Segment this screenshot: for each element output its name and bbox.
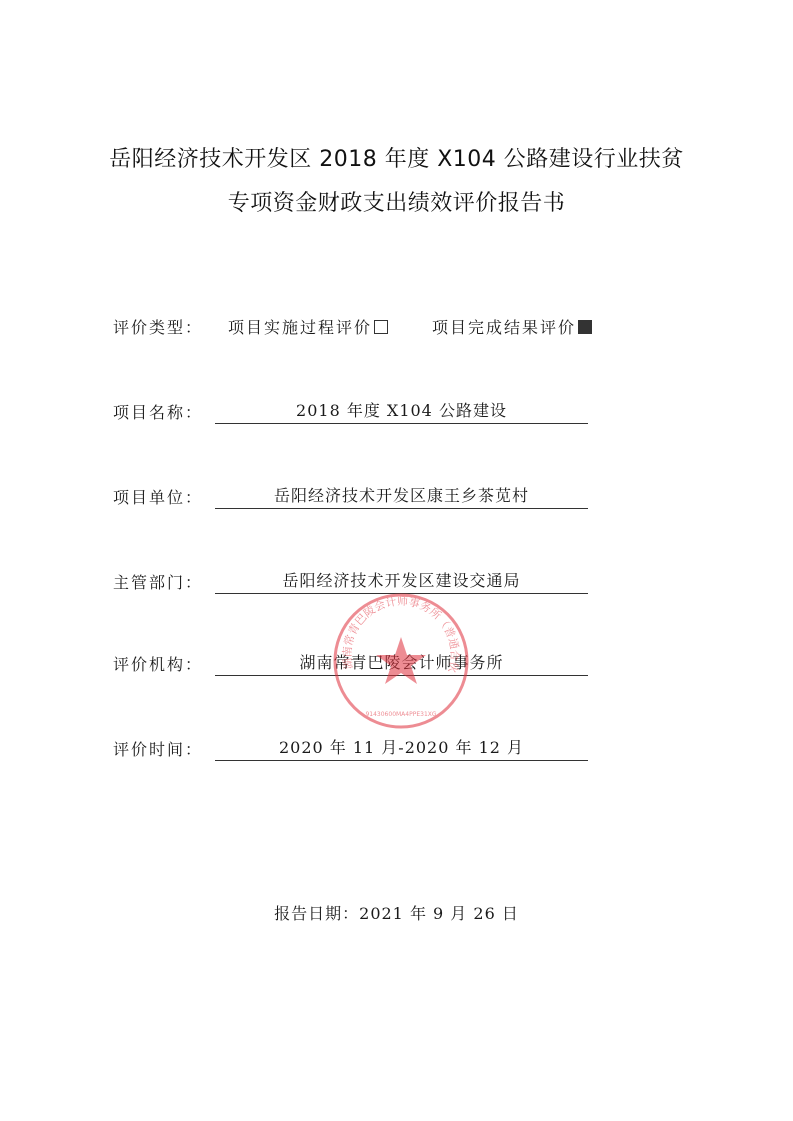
field-row-department: 主管部门： bbox=[113, 570, 215, 593]
field-row-evaluator: 评价机构： bbox=[113, 652, 215, 675]
svg-text:91430600MA4PPE31XG: 91430600MA4PPE31XG bbox=[365, 711, 436, 718]
option-process-label: 项目实施过程评价 bbox=[228, 318, 372, 337]
evaluation-type-row: 评价类型： bbox=[113, 315, 215, 338]
field-label: 评价时间： bbox=[113, 737, 215, 760]
field-value-department: 岳阳经济技术开发区建设交通局 bbox=[215, 568, 588, 594]
field-value-evaluator: 湖南常青巴陵会计师事务所 bbox=[215, 650, 588, 676]
option-process-evaluation: 项目实施过程评价 bbox=[228, 315, 388, 338]
field-row-evaluation-time: 评价时间： bbox=[113, 737, 215, 760]
report-title-line-1: 岳阳经济技术开发区 2018 年度 X104 公路建设行业扶贫 bbox=[0, 142, 793, 173]
field-row-project-unit: 项目单位： bbox=[113, 485, 215, 508]
field-value-evaluation-time: 2020 年 11 月-2020 年 12 月 bbox=[215, 735, 588, 761]
field-label: 项目名称： bbox=[113, 400, 215, 423]
field-label: 评价机构： bbox=[113, 652, 215, 675]
option-result-evaluation: 项目完成结果评价 bbox=[432, 315, 592, 338]
checked-box-icon bbox=[578, 320, 592, 334]
field-label: 项目单位： bbox=[113, 485, 215, 508]
unchecked-box-icon bbox=[374, 320, 388, 334]
field-row-project-name: 项目名称： bbox=[113, 400, 215, 423]
report-date: 报告日期：2021 年 9 月 26 日 bbox=[0, 901, 793, 924]
evaluation-type-label: 评价类型： bbox=[113, 315, 215, 338]
field-label: 主管部门： bbox=[113, 570, 215, 593]
option-result-label: 项目完成结果评价 bbox=[432, 318, 576, 337]
field-value-project-name: 2018 年度 X104 公路建设 bbox=[215, 398, 588, 424]
field-value-project-unit: 岳阳经济技术开发区康王乡茶苋村 bbox=[215, 483, 588, 509]
report-title-line-2: 专项资金财政支出绩效评价报告书 bbox=[0, 186, 793, 217]
